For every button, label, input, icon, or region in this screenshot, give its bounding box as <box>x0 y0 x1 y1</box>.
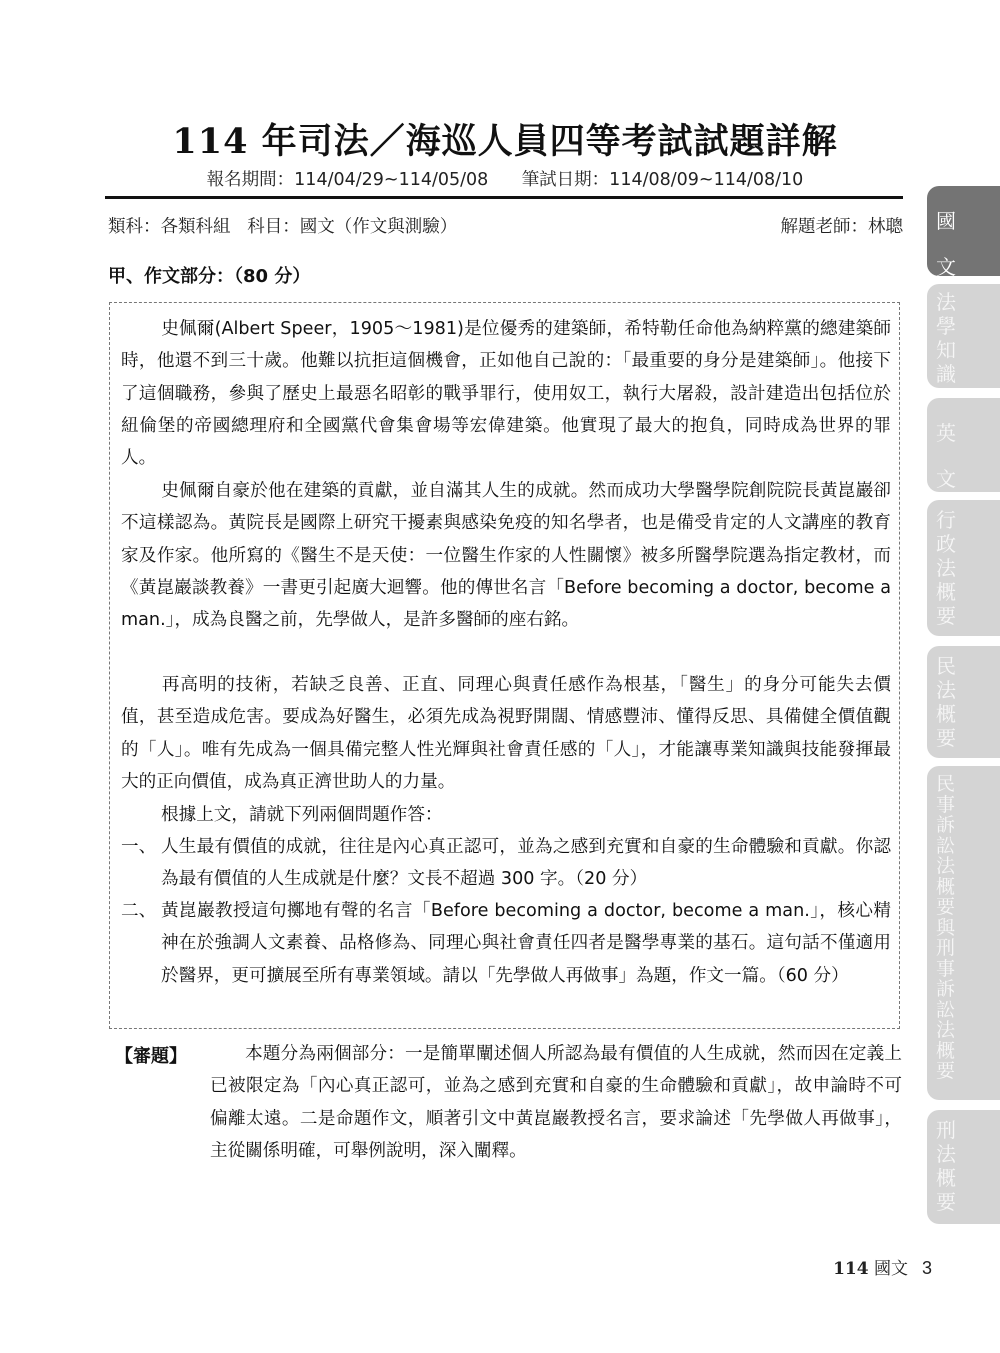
question-number: 二、 <box>121 895 161 927</box>
footer-subject: 國文 <box>874 1259 908 1279</box>
tab-administrative-law[interactable]: 行政法概要 <box>927 500 1000 636</box>
tab-label: 英文 <box>936 410 958 502</box>
question-text: 黃崑巖教授這句擲地有聲的名言「Before becoming a doctor,… <box>121 895 891 992</box>
review-label: 【審題】 <box>115 1042 187 1068</box>
question-1: 一、 人生最有價值的成就，往往是內心真正認可，並為之感到充實和自豪的生命體驗和貢… <box>121 831 891 896</box>
subject: 科目：國文（作文與測驗） <box>247 217 457 237</box>
question-text: 人生最有價值的成就，往往是內心真正認可，並為之感到充實和自豪的生命體驗和貢獻。你… <box>121 831 891 896</box>
tab-civil-law[interactable]: 民法概要 <box>927 646 1000 758</box>
passage-paragraph-2: 史佩爾自豪於他在建築的貢獻，並自滿其人生的成就。然而成功大學醫學院創院院長黃崑巖… <box>121 475 891 636</box>
tab-label: 國文 <box>936 198 958 290</box>
category: 類科：各類科組 <box>108 217 231 237</box>
tab-label: 民法概要 <box>936 654 958 750</box>
tab-procedure-law[interactable]: 民事訴訟法概要與刑事訴訟法概要 <box>927 766 1000 1100</box>
exam-dates: 筆試日期：114/08/09~114/08/10 <box>522 170 804 190</box>
question-2: 二、 黃崑巖教授這句擲地有聲的名言「Before becoming a doct… <box>121 895 891 992</box>
title-divider <box>105 196 903 199</box>
tab-label: 刑法概要 <box>936 1118 958 1214</box>
teacher: 解題老師：林聰 <box>781 213 904 238</box>
footer-year: 114 <box>833 1259 869 1279</box>
tab-label: 民事訴訟法概要與刑事訴訟法概要 <box>936 774 958 1082</box>
tab-law-knowledge[interactable]: 法學知識 <box>927 284 1000 388</box>
tab-label: 行政法概要 <box>936 508 958 628</box>
exam-meta: 類科：各類科組 科目：國文（作文與測驗） <box>108 213 457 238</box>
question-number: 一、 <box>121 831 161 863</box>
section-heading: 甲、作文部分：（80 分） <box>108 262 310 288</box>
exam-dates-line: 報名期間：114/04/29~114/05/08 筆試日期：114/08/09~… <box>0 166 1000 191</box>
page-footer: 114 國文3 <box>833 1254 932 1279</box>
tab-chinese[interactable]: 國文 <box>927 186 1000 276</box>
review-text: 本題分為兩個部分：一是簡單闡述個人所認為最有價值的人生成就，然而因在定義上已被限… <box>210 1038 902 1167</box>
passage-paragraph-3: 再高明的技術，若缺乏良善、正直、同理心與責任感作為根基，「醫生」的身分可能失去價… <box>121 669 891 798</box>
passage-paragraph-1: 史佩爾(Albert Speer，1905～1981)是位優秀的建築師，希特勒任… <box>121 313 891 474</box>
page-number: 3 <box>922 1258 932 1278</box>
registration-period: 報名期間：114/04/29~114/05/08 <box>207 170 489 190</box>
tab-english[interactable]: 英文 <box>927 398 1000 492</box>
passage-instruction: 根據上文，請就下列兩個問題作答： <box>121 799 891 831</box>
tab-label: 法學知識 <box>936 290 958 386</box>
tab-criminal-law[interactable]: 刑法概要 <box>927 1110 1000 1224</box>
page-title: 114 年司法／海巡人員四等考試試題詳解 <box>0 114 1000 164</box>
